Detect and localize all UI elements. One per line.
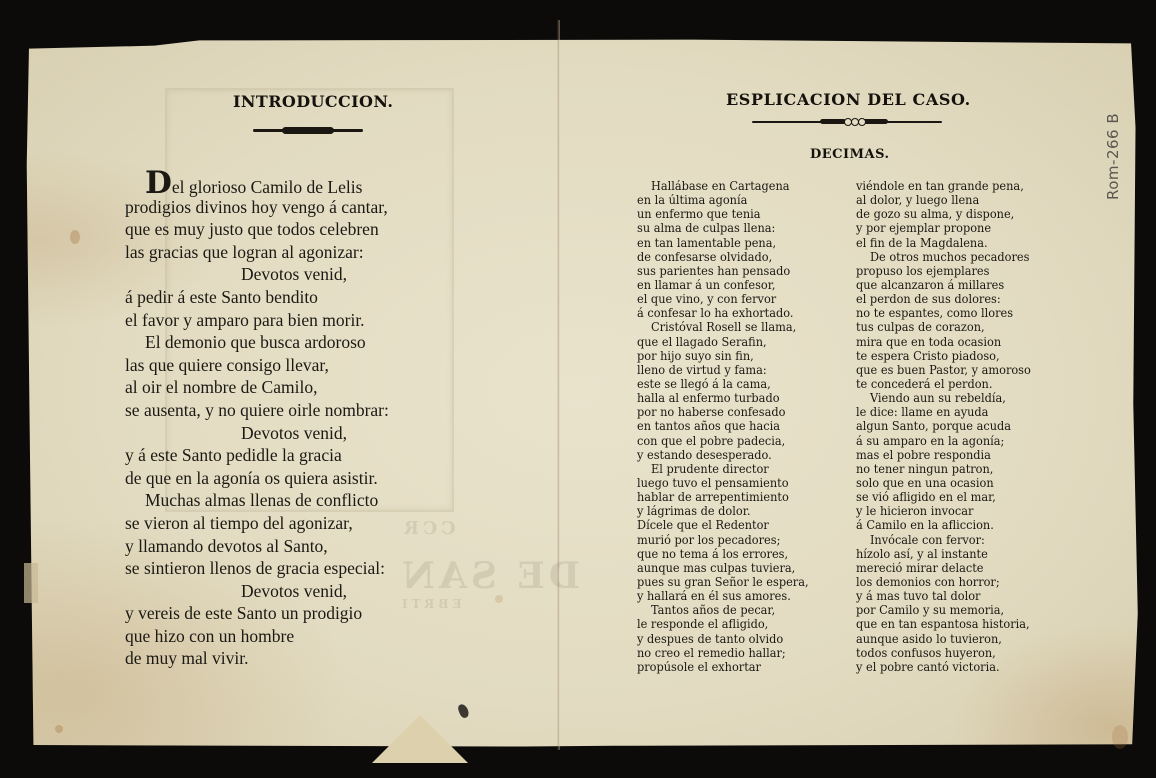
verse-line: que no tema á los errores, <box>637 547 809 561</box>
verse-line: y por ejemplar propone <box>856 221 1031 235</box>
verse-line: Dícele que el Redentor <box>637 518 809 532</box>
verse-line: y á este Santo pedidle la gracia <box>125 444 415 467</box>
verse-line-text: Viendo aun su rebeldía, <box>870 391 1006 405</box>
verse-line-text: mas el pobre respondia <box>856 448 991 462</box>
verse-line-text: Cristóval Rosell se llama, <box>651 320 796 334</box>
verse-line: prodigios divinos hoy vengo á cantar, <box>125 196 415 219</box>
verse-line: en tantos años que hacia <box>637 419 809 433</box>
verse-line-text: que alcanzaron á millares <box>856 278 1004 292</box>
verse-line-text: por hijo suyo sin fin, <box>637 349 754 363</box>
verse-line-text: y á mas tuvo tal dolor <box>856 589 980 603</box>
verse-line: á su amparo en la agonía; <box>856 434 1031 448</box>
verse-line-text: y estando desesperado. <box>637 448 772 462</box>
verse-line-text: hízolo así, y al instante <box>856 547 988 561</box>
verse-line: mas el pobre respondia <box>856 448 1031 462</box>
verse-line-text: Hallábase en Cartagena <box>651 179 790 193</box>
showthrough-text: DE SAN <box>398 555 580 597</box>
verse-line: te espera Cristo piadoso, <box>856 349 1031 363</box>
verse-line-text: por Camilo y su memoria, <box>856 603 1004 617</box>
verse-line: que en tan espantosa historia, <box>856 617 1031 631</box>
verse-line: este se llegó á la cama, <box>637 377 809 391</box>
verse-line-text: á confesar lo ha exhortado. <box>637 306 793 320</box>
verse-line-text: Devotos venid, <box>241 423 347 443</box>
verse-line: á Camilo en la afliccion. <box>856 518 1031 532</box>
decimas-column-1: Hallábase en Cartagenaen la última agoní… <box>637 179 809 674</box>
verse-line: propuso los ejemplares <box>856 264 1031 278</box>
verse-line: y á mas tuvo tal dolor <box>856 589 1031 603</box>
verse-line-text: de que en la agonía os quiera asistir. <box>125 468 378 488</box>
verse-line: luego tuvo el pensamiento <box>637 476 809 490</box>
verse-line: un enfermo que tenia <box>637 207 809 221</box>
verse-line-text: el perdon de sus dolores: <box>856 292 1001 306</box>
verse-line-text: Tantos años de pecar, <box>651 603 775 617</box>
verse-line-text: mira que en toda ocasion <box>856 335 1001 349</box>
verse-line: hablar de arrepentimiento <box>637 490 809 504</box>
verse-line: Viendo aun su rebeldía, <box>856 391 1031 405</box>
right-page-title: ESPLICACION DEL CASO. <box>726 90 971 109</box>
verse-line-text: en tantos años que hacia <box>637 419 780 433</box>
verse-line-text: que es muy justo que todos celebren <box>125 219 379 239</box>
verse-line: se vieron al tiempo del agonizar, <box>125 512 415 535</box>
verse-line: se sintieron llenos de gracia especial: <box>125 557 415 580</box>
right-page-subtitle: DECIMAS. <box>810 147 890 162</box>
verse-line: y el pobre cantó victoria. <box>856 660 1031 674</box>
verse-line-text: que el llagado Serafin, <box>637 335 767 349</box>
verse-line-text: que en tan espantosa historia, <box>856 617 1030 631</box>
left-page-verse: Del glorioso Camilo de Lelisprodigios di… <box>125 173 415 670</box>
verse-line-text: le responde el afligido, <box>637 617 768 631</box>
verse-line: y despues de tanto olvido <box>637 632 809 646</box>
verse-line-text: á pedir á este Santo bendito <box>125 287 318 307</box>
verse-line: al oir el nombre de Camilo, <box>125 376 415 399</box>
verse-line: á pedir á este Santo bendito <box>125 286 415 309</box>
verse-line-text: y hallará en él sus amores. <box>637 589 791 603</box>
verse-line: propúsole el exhortar <box>637 660 809 674</box>
verse-line: se vió afligido en el mar, <box>856 490 1031 504</box>
verse-line-text: con que el pobre padecia, <box>637 434 785 448</box>
verse-line-text: se ausenta, y no quiere oirle nombrar: <box>125 400 389 420</box>
verse-line: por hijo suyo sin fin, <box>637 349 809 363</box>
verse-line: el fin de la Magdalena. <box>856 236 1031 250</box>
verse-line-text: al oir el nombre de Camilo, <box>125 377 317 397</box>
verse-line: mereció mirar delacte <box>856 561 1031 575</box>
verse-line-text: el fin de la Magdalena. <box>856 236 988 250</box>
ornament-knot-icon <box>820 119 846 124</box>
verse-line-text: el que vino, y con fervor <box>637 292 776 306</box>
verse-line: y lágrimas de dolor. <box>637 504 809 518</box>
verse-line: De otros muchos pecadores <box>856 250 1031 264</box>
verse-line-text: solo que en una ocasion <box>856 476 994 490</box>
verse-line-text: le dice: llame en ayuda <box>856 405 988 419</box>
archive-pencil-mark: Rom-266 B <box>1104 113 1122 200</box>
verse-line: su alma de culpas llena: <box>637 221 809 235</box>
verse-line: murió por los pecadores; <box>637 533 809 547</box>
verse-line-text: te espera Cristo piadoso, <box>856 349 1000 363</box>
verse-line: y hallará en él sus amores. <box>637 589 809 603</box>
verse-line: mira que en toda ocasion <box>856 335 1031 349</box>
verse-line-text: Dícele que el Redentor <box>637 518 769 532</box>
verse-line-text: que hizo con un hombre <box>125 626 294 646</box>
verse-line: el favor y amparo para bien morir. <box>125 309 415 332</box>
verse-line: y llamando devotos al Santo, <box>125 535 415 558</box>
foxing-stain <box>55 725 63 733</box>
verse-line: las gracias que logran al agonizar: <box>125 241 415 264</box>
verse-line: le dice: llame en ayuda <box>856 405 1031 419</box>
verse-line: sus parientes han pensado <box>637 264 809 278</box>
verse-line-text: y por ejemplar propone <box>856 221 991 235</box>
verse-line: de gozo su alma, y dispone, <box>856 207 1031 221</box>
verse-line-text: algun Santo, porque acuda <box>856 419 1011 433</box>
verse-line: y le hicieron invocar <box>856 504 1031 518</box>
verse-line: halla al enfermo turbado <box>637 391 809 405</box>
verse-line-text: Invócale con fervor: <box>870 533 985 547</box>
verse-line: Hallábase en Cartagena <box>637 179 809 193</box>
verse-line: que el llagado Serafin, <box>637 335 809 349</box>
verse-line-text: de confesarse olvidado, <box>637 250 772 264</box>
verse-line-text: y despues de tanto olvido <box>637 632 783 646</box>
verse-line-text: y el pobre cantó victoria. <box>856 660 1000 674</box>
verse-line-text: de gozo su alma, y dispone, <box>856 207 1014 221</box>
verse-line-text: prodigios divinos hoy vengo á cantar, <box>125 197 388 217</box>
verse-line: Invócale con fervor: <box>856 533 1031 547</box>
verse-line: aunque asido lo tuvieron, <box>856 632 1031 646</box>
verse-line: Muchas almas llenas de conflicto <box>125 489 415 512</box>
verse-line: pues su gran Señor le espera, <box>637 575 809 589</box>
verse-line: no te espantes, como llores <box>856 306 1031 320</box>
verse-line-text: te concederá el perdon. <box>856 377 992 391</box>
verse-line: le responde el afligido, <box>637 617 809 631</box>
verse-line-text: sus parientes han pensado <box>637 264 790 278</box>
verse-line-text: un enfermo que tenia <box>637 207 761 221</box>
verse-line-text: De otros muchos pecadores <box>870 250 1029 264</box>
verse-line-text: Devotos venid, <box>241 264 347 284</box>
verse-line-text: al dolor, y luego llena <box>856 193 979 207</box>
verse-line-text: mereció mirar delacte <box>856 561 984 575</box>
verse-line: El prudente director <box>637 462 809 476</box>
verse-line: con que el pobre padecia, <box>637 434 809 448</box>
verse-line-text: viéndole en tan grande pena, <box>856 179 1024 193</box>
verse-line-text: El prudente director <box>651 462 769 476</box>
verse-line: y vereis de este Santo un prodigio <box>125 602 415 625</box>
verse-line: Del glorioso Camilo de Lelis <box>125 173 415 196</box>
verse-line-text: por no haberse confesado <box>637 405 785 419</box>
verse-line: se ausenta, y no quiere oirle nombrar: <box>125 399 415 422</box>
verse-line: hízolo así, y al instante <box>856 547 1031 561</box>
verse-line-text: á Camilo en la afliccion. <box>856 518 994 532</box>
verse-line-text: y le hicieron invocar <box>856 504 973 518</box>
verse-line-text: que no tema á los errores, <box>637 547 788 561</box>
verse-line: por Camilo y su memoria, <box>856 603 1031 617</box>
left-page-title: INTRODUCCION. <box>233 92 393 111</box>
verse-line-text: luego tuvo el pensamiento <box>637 476 789 490</box>
verse-line-text: las que quiere consigo llevar, <box>125 355 329 375</box>
verse-line: viéndole en tan grande pena, <box>856 179 1031 193</box>
verse-line-text: se vió afligido en el mar, <box>856 490 996 504</box>
verse-line-text: y lágrimas de dolor. <box>637 504 750 518</box>
folded-corner-tab <box>372 715 468 763</box>
verse-line: en llamar á un confesor, <box>637 278 809 292</box>
verse-line-text: tus culpas de corazon, <box>856 320 985 334</box>
verse-line-text: halla al enfermo turbado <box>637 391 780 405</box>
verse-line: no tener ningun patron, <box>856 462 1031 476</box>
verse-line-text: el favor y amparo para bien morir. <box>125 310 365 330</box>
verse-line-text: en la última agonía <box>637 193 747 207</box>
edge-stain <box>1112 725 1128 749</box>
paper-tab-strip <box>24 563 38 603</box>
verse-line: Devotos venid, <box>125 263 415 286</box>
verse-line: el que vino, y con fervor <box>637 292 809 306</box>
verse-line-text: murió por los pecadores; <box>637 533 780 547</box>
verse-line: y estando desesperado. <box>637 448 809 462</box>
verse-line: que hizo con un hombre <box>125 625 415 648</box>
verse-line-text: que es buen Pastor, y amoroso <box>856 363 1031 377</box>
verse-line: Tantos años de pecar, <box>637 603 809 617</box>
verse-line-text: lleno de virtud y fama: <box>637 363 767 377</box>
verse-line-text: Muchas almas llenas de conflicto <box>145 490 378 510</box>
foxing-stain <box>495 595 503 603</box>
verse-line-text: no creo el remedio hallar; <box>637 646 786 660</box>
verse-line: el perdon de sus dolores: <box>856 292 1031 306</box>
verse-line-text: aunque asido lo tuvieron, <box>856 632 1002 646</box>
verse-line-text: en tan lamentable pena, <box>637 236 776 250</box>
verse-line: no creo el remedio hallar; <box>637 646 809 660</box>
verse-line-text: hablar de arrepentimiento <box>637 490 789 504</box>
verse-line-text: y vereis de este Santo un prodigio <box>125 603 362 623</box>
verse-line: algun Santo, porque acuda <box>856 419 1031 433</box>
verse-line: El demonio que busca ardoroso <box>125 331 415 354</box>
ornament-dot-icon <box>858 118 866 126</box>
verse-line: de muy mal vivir. <box>125 647 415 670</box>
verse-line-text: propuso los ejemplares <box>856 264 989 278</box>
verse-line: que alcanzaron á millares <box>856 278 1031 292</box>
verse-line-text: no tener ningun patron, <box>856 462 993 476</box>
ornament-knot-icon <box>282 127 334 134</box>
verse-line-text: á su amparo en la agonía; <box>856 434 1004 448</box>
verse-line-text: propúsole el exhortar <box>637 660 761 674</box>
verse-line: los demonios con horror; <box>856 575 1031 589</box>
verse-line: Cristóval Rosell se llama, <box>637 320 809 334</box>
verse-line-text: el glorioso Camilo de Lelis <box>172 177 363 197</box>
verse-line: Devotos venid, <box>125 422 415 445</box>
decimas-column-2: viéndole en tan grande pena,al dolor, y … <box>856 179 1031 674</box>
verse-line: todos confusos huyeron, <box>856 646 1031 660</box>
verse-line: solo que en una ocasion <box>856 476 1031 490</box>
verse-line-text: pues su gran Señor le espera, <box>637 575 809 589</box>
verse-line-text: todos confusos huyeron, <box>856 646 996 660</box>
verse-line: en la última agonía <box>637 193 809 207</box>
verse-line-text: los demonios con horror; <box>856 575 1000 589</box>
verse-line-text: no te espantes, como llores <box>856 306 1013 320</box>
verse-line: de que en la agonía os quiera asistir. <box>125 467 415 490</box>
verse-line-text: Devotos venid, <box>241 581 347 601</box>
verse-line-text: este se llegó á la cama, <box>637 377 771 391</box>
verse-line: de confesarse olvidado, <box>637 250 809 264</box>
verse-line: en tan lamentable pena, <box>637 236 809 250</box>
verse-line: lleno de virtud y fama: <box>637 363 809 377</box>
verse-line-text: se vieron al tiempo del agonizar, <box>125 513 353 533</box>
verse-line: por no haberse confesado <box>637 405 809 419</box>
verse-line-text: El demonio que busca ardoroso <box>145 332 366 352</box>
verse-line: que es buen Pastor, y amoroso <box>856 363 1031 377</box>
verse-line: te concederá el perdon. <box>856 377 1031 391</box>
verse-line-text: aunque mas culpas tuviera, <box>637 561 795 575</box>
verse-line-text: de muy mal vivir. <box>125 648 248 668</box>
verse-line-text: las gracias que logran al agonizar: <box>125 242 364 262</box>
verse-line-text: y á este Santo pedidle la gracia <box>125 445 342 465</box>
verse-line-text: se sintieron llenos de gracia especial: <box>125 558 385 578</box>
scanned-document: CCR DE SAN EBRTI INTRODUCCION. Del glori… <box>0 0 1156 778</box>
verse-line: al dolor, y luego llena <box>856 193 1031 207</box>
verse-line: aunque mas culpas tuviera, <box>637 561 809 575</box>
foxing-stain <box>70 230 80 244</box>
verse-line-text: su alma de culpas llena: <box>637 221 775 235</box>
verse-line-text: y llamando devotos al Santo, <box>125 536 328 556</box>
verse-line: que es muy justo que todos celebren <box>125 218 415 241</box>
verse-line-text: en llamar á un confesor, <box>637 278 775 292</box>
verse-line: Devotos venid, <box>125 580 415 603</box>
center-fold <box>557 20 560 750</box>
verse-line: tus culpas de corazon, <box>856 320 1031 334</box>
verse-line: á confesar lo ha exhortado. <box>637 306 809 320</box>
verse-line: las que quiere consigo llevar, <box>125 354 415 377</box>
